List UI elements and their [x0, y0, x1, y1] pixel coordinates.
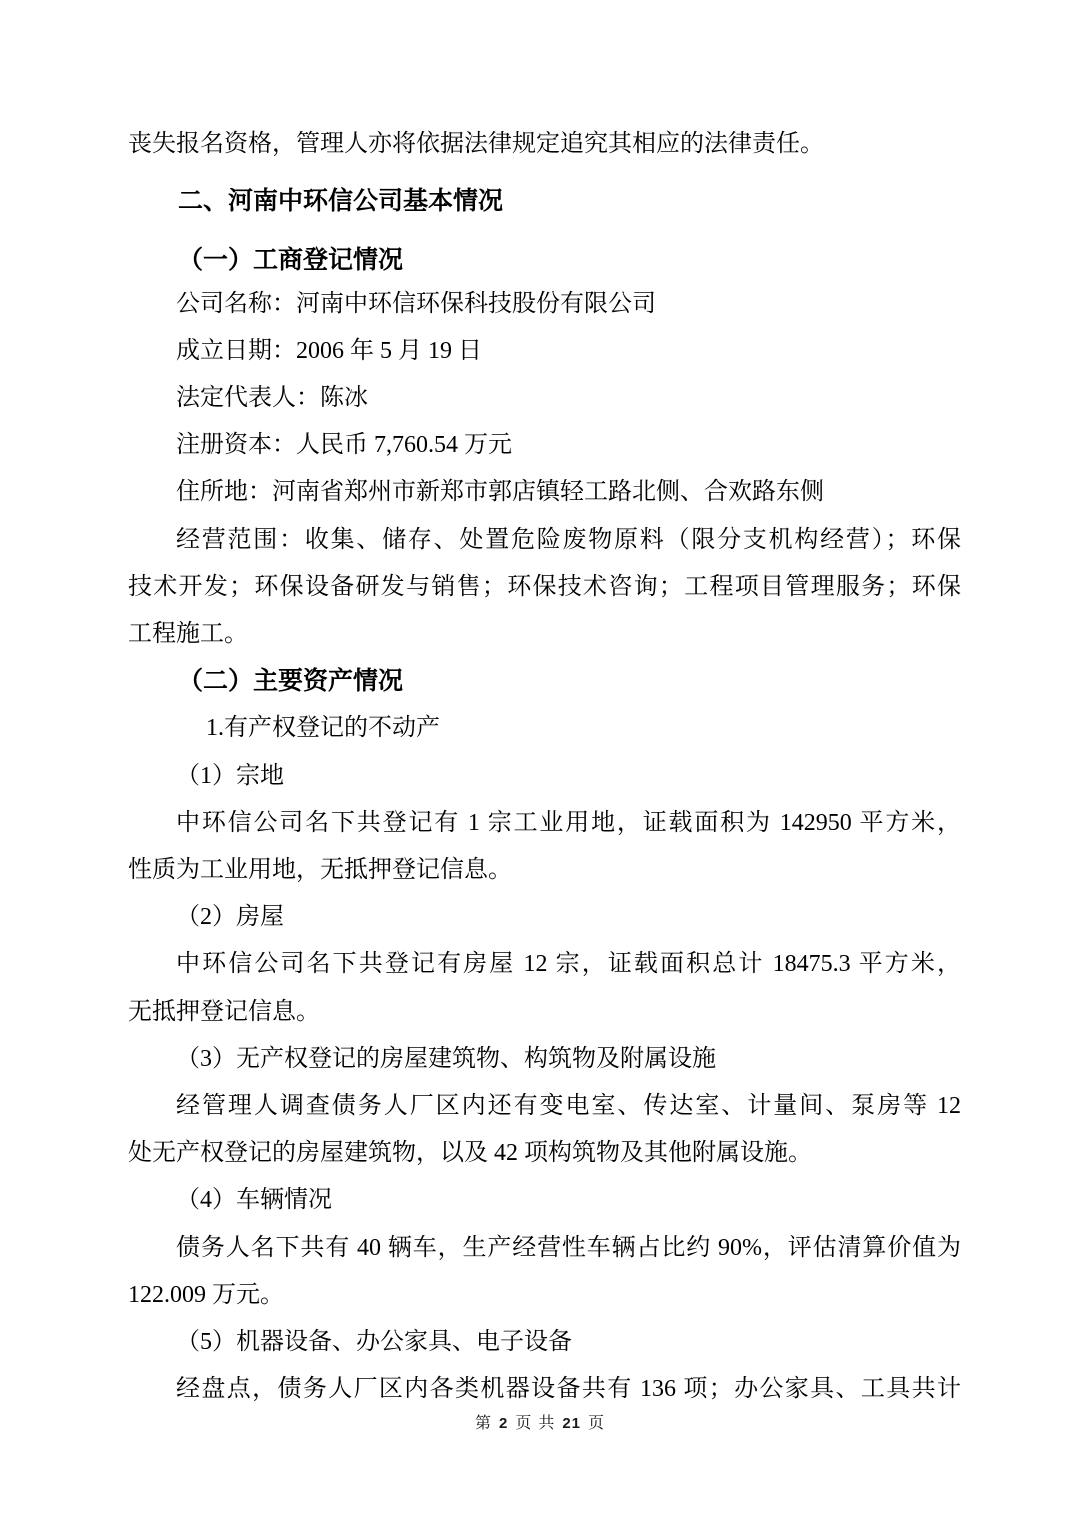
parcel-paragraph-line-2: 性质为工业用地，无抵押登记信息。 — [128, 847, 961, 894]
footer-total-pages-number: 21 — [558, 1415, 585, 1432]
vehicles-paragraph-line-2: 122.009 万元。 — [128, 1272, 961, 1319]
registered-capital-line: 注册资本：人民币 7,760.54 万元 — [128, 422, 961, 469]
item-2-house-heading: （2）房屋 — [128, 894, 961, 941]
house-paragraph-line-1: 中环信公司名下共登记有房屋 12 宗，证载面积总计 18475.3 平方米， — [128, 941, 961, 988]
list-item-1-registered-real-estate: 1.有产权登记的不动产 — [128, 705, 961, 752]
company-name-line: 公司名称：河南中环信环保科技股份有限公司 — [128, 281, 961, 328]
page-footer: 第2页共21页 — [0, 1410, 1080, 1433]
document-body: 丧失报名资格，管理人亦将依据法律规定追究其相应的法律责任。 二、河南中环信公司基… — [128, 121, 961, 1413]
legal-representative-line: 法定代表人：陈冰 — [128, 375, 961, 422]
house-paragraph-line-2: 无抵押登记信息。 — [128, 989, 961, 1036]
document-page: 丧失报名资格，管理人亦将依据法律规定追究其相应的法律责任。 二、河南中环信公司基… — [0, 0, 1080, 1527]
unregistered-buildings-paragraph-line-1: 经管理人调查债务人厂区内还有变电室、传达室、计量间、泵房等 12 — [128, 1083, 961, 1130]
parcel-paragraph-line-1: 中环信公司名下共登记有 1 宗工业用地，证载面积为 142950 平方米， — [128, 800, 961, 847]
footer-word-gong: 共 — [535, 1415, 558, 1432]
footer-word-ye1: 页 — [512, 1415, 535, 1432]
business-scope-line-2: 技术开发；环保设备研发与销售；环保技术咨询；工程项目管理服务；环保 — [128, 564, 961, 611]
business-scope-line-1: 经营范围：收集、储存、处置危险废物原料（限分支机构经营）；环保 — [128, 517, 961, 564]
unregistered-buildings-paragraph-line-2: 处无产权登记的房屋建筑物，以及 42 项构筑物及其他附属设施。 — [128, 1130, 961, 1177]
vehicles-paragraph-line-1: 债务人名下共有 40 辆车，生产经营性车辆占比约 90%，评估清算价值为 — [128, 1225, 961, 1272]
equipment-paragraph-line-1: 经盘点，债务人厂区内各类机器设备共有 136 项；办公家具、工具共计 — [128, 1366, 961, 1413]
address-line: 住所地：河南省郑州市新郑市郭店镇轻工路北侧、合欢路东侧 — [128, 469, 961, 516]
footer-word-ye2: 页 — [585, 1415, 608, 1432]
heading-subsection-1-business-registration: （一）工商登记情况 — [128, 237, 961, 284]
establish-date-line: 成立日期：2006 年 5 月 19 日 — [128, 328, 961, 375]
heading-subsection-2-main-assets: （二）主要资产情况 — [128, 658, 961, 705]
item-5-equipment-heading: （5）机器设备、办公家具、电子设备 — [128, 1319, 961, 1366]
paragraph-continuation-liability: 丧失报名资格，管理人亦将依据法律规定追究其相应的法律责任。 — [128, 121, 961, 168]
footer-current-page-number: 2 — [495, 1415, 512, 1432]
item-3-unregistered-buildings-heading: （3）无产权登记的房屋建筑物、构筑物及附属设施 — [128, 1036, 961, 1083]
footer-word-di: 第 — [472, 1415, 495, 1432]
item-4-vehicles-heading: （4）车辆情况 — [128, 1177, 961, 1224]
heading-section-2-company-basic-info: 二、河南中环信公司基本情况 — [128, 178, 961, 225]
item-1-parcel-heading: （1）宗地 — [128, 753, 961, 800]
business-scope-line-3: 工程施工。 — [128, 611, 961, 658]
